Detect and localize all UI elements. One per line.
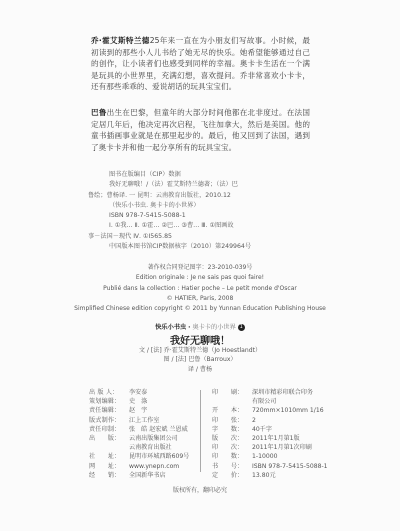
- cip-record: 中国版本图书馆CIP数据核字（2010）第249964号: [97, 242, 287, 252]
- colophon-row: 定 价：13.80元: [212, 471, 328, 480]
- series-line: 快乐小书虫 · 奥卡卡的小世界1: [0, 322, 400, 331]
- illustrator-name: 巴鲁: [91, 108, 107, 117]
- colophon-row: 出 版：云南出版集团公司: [89, 434, 189, 443]
- cip-line: （快乐小书虫. 奥卡卡的小世界）: [97, 201, 287, 211]
- colophon-row: 印 张：2: [212, 416, 328, 425]
- translator-credit: 译 / 曹杨: [0, 365, 400, 374]
- author-credit: 文 / [法] 乔·霍艾斯特兰德（Jo Hoestlandt）: [0, 346, 400, 355]
- subseries-name: 奥卡卡的小世界: [192, 324, 235, 331]
- colophon-row: 经 销：全国新华书店: [89, 471, 189, 480]
- series-separator: ·: [188, 324, 190, 331]
- cip-line: 我好无聊哦！/（法）霍艾斯特兰德著；（法）巴: [97, 180, 287, 190]
- book-title: 我好无聊哦！: [0, 332, 400, 347]
- colophon-row: 书 号：ISBN 978-7-5415-5088-1: [212, 462, 328, 471]
- colophon-row: 版式制作：江上工作室: [89, 416, 189, 425]
- colophon-row: 网 址：www.ynepn.com: [89, 462, 189, 471]
- credits-block: 文 / [法] 乔·霍艾斯特兰德（Jo Hoestlandt） 图 / [法] …: [0, 346, 400, 374]
- colophon-row: 策划编辑：史 涤: [89, 397, 189, 406]
- registration-number: 著作权合同登记图字：23-2010-039号: [0, 263, 400, 273]
- cip-line: 鲁绘；曹杨译. 一 昆明：云南教育出版社，2010.12: [88, 191, 287, 201]
- illustrator-bio-text: 出生在巴黎，但童年的大部分时间他都在北非度过。在法国定居几年后，他决定再次启程，…: [91, 108, 310, 152]
- colophon-row: 社 址：昆明市环城西路609号: [89, 452, 189, 461]
- copyright-fr: © HATIER, Paris, 2008: [0, 294, 400, 304]
- colophon-row: 责任编辑：赵 宇: [89, 406, 189, 415]
- author-name: 乔·霍艾斯特兰德: [91, 36, 150, 45]
- rights-block: 著作权合同登记图字：23-2010-039号 Edition originale…: [0, 263, 400, 314]
- colophon-row: 版 次：2011年1月第1版: [212, 434, 328, 443]
- colophon-row: 印 数：1-10000: [212, 452, 328, 461]
- colophon-left: 出 版 人：李安泰 策划编辑：史 涤 责任编辑：赵 宇 版式制作：江上工作室 责…: [89, 388, 189, 480]
- column-divider: [200, 390, 201, 472]
- cip-line: 事－法国－现代 Ⅳ. ①I565.85: [88, 232, 287, 242]
- colophon-row: 印 次：2011年1月第1次印刷: [212, 443, 328, 452]
- colophon-row: 出 版 人：李安泰: [89, 388, 189, 397]
- colophon-right: 印 刷：深圳市精彩印联合印务 有限公司 开 本：720mm×1010mm 1/1…: [212, 388, 328, 480]
- illustrator-bio: 巴鲁出生在巴黎，但童年的大部分时间他都在北非度过。在法国定居几年后，他决定再次启…: [91, 107, 310, 153]
- copyright-cn: Simplified Chinese edition copyright © 2…: [0, 304, 400, 314]
- all-rights-reserved: 版权所有，翻印必究: [0, 485, 400, 494]
- illustrator-credit: 图 / [法] 巴鲁（Barroux）: [0, 355, 400, 364]
- colophon-row: 有限公司: [212, 397, 328, 406]
- volume-number-icon: 1: [238, 324, 245, 331]
- series-name: 快乐小书虫: [155, 324, 186, 331]
- cip-heading: 图书在版编目（CIP）数据: [97, 170, 287, 180]
- cip-block: 图书在版编目（CIP）数据 我好无聊哦！/（法）霍艾斯特兰德著；（法）巴 鲁绘；…: [97, 170, 287, 252]
- cip-line: Ⅰ. ①我… Ⅱ. ①霍… ②巴… ③曹… Ⅲ. ①图画故: [97, 221, 287, 231]
- cip-isbn: ISBN 978-7-5415-5088-1: [97, 211, 287, 221]
- colophon-row: 印 刷：深圳市精彩印联合印务: [212, 388, 328, 397]
- author-bio: 乔·霍艾斯特兰德25年来一直在为小朋友们写故事。小时候，最初读到的那些小人儿书给…: [91, 35, 310, 93]
- colophon-row: 责任印制：张 皓 赵宏斌 兰恩威: [89, 425, 189, 434]
- colophon-row: 开 本：720mm×1010mm 1/16: [212, 406, 328, 415]
- colophon-row: 字 数：40千字: [212, 425, 328, 434]
- colophon-row: 云南教育出版社: [89, 443, 189, 452]
- collection-info: Publié dans la collection : Hatier poche…: [0, 284, 400, 294]
- original-edition: Edition originale : Je ne sais pas quoi …: [0, 273, 400, 283]
